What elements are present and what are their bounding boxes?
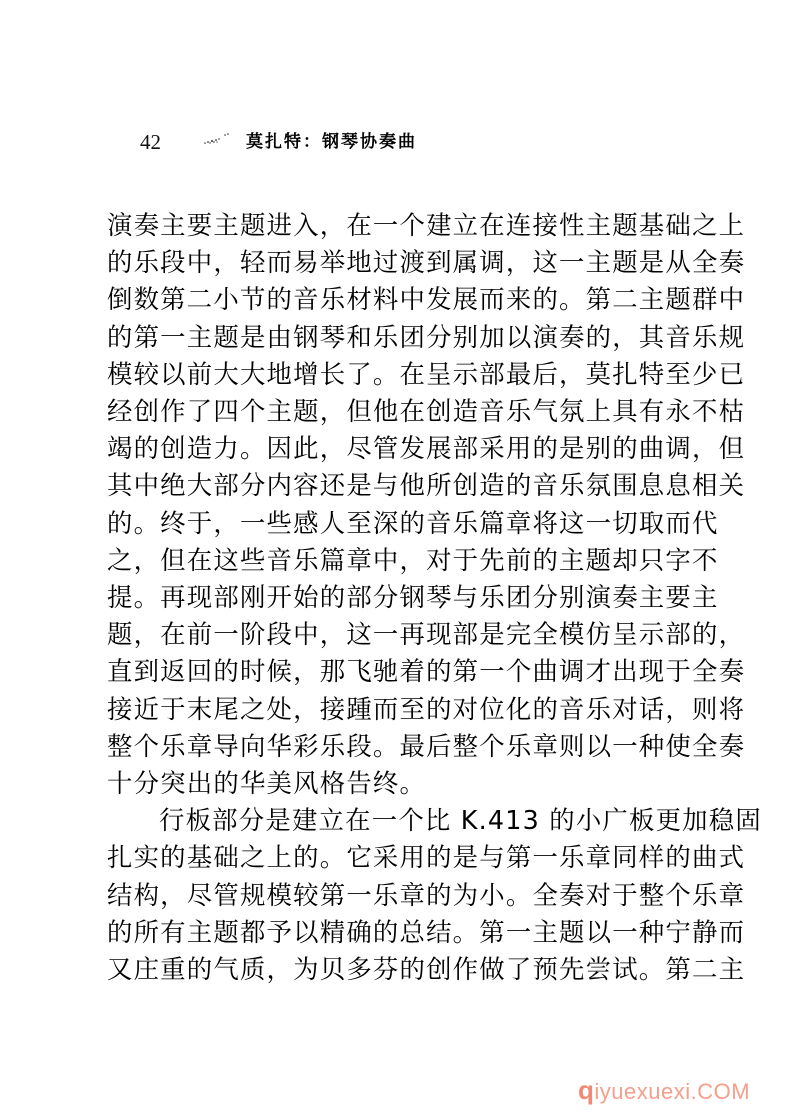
page-header: 42 莫扎特：钢琴协奏曲 (140, 128, 640, 158)
text-line: 直到返回的时候，那飞驰着的第一个曲调才出现于全奏 (107, 653, 667, 690)
watermark-logo: qiyuexuexi.COM (578, 1075, 750, 1106)
text-line: 演奏主要主题进入，在一个建立在连接性主题基础之上 (107, 207, 667, 244)
text-line: 扎实的基础之上的。它采用的是与第一乐章同样的曲式 (107, 839, 667, 876)
running-title: 莫扎特：钢琴协奏曲 (246, 129, 417, 155)
text-line: 的第一主题是由钢琴和乐团分别加以演奏的，其音乐规 (107, 319, 667, 356)
ornament-icon (202, 132, 230, 146)
text-line: 接近于末尾之处，接踵而至的对位化的音乐对话，则将 (107, 691, 667, 728)
text-line: 经创作了四个主题，但他在创造音乐气氛上具有永不枯 (107, 393, 667, 430)
text-line: 提。再现部刚开始的部分钢琴与乐团分别演奏主要主 (107, 579, 667, 616)
text-line: 倒数第二小节的音乐材料中发展而来的。第二主题群中 (107, 281, 667, 318)
text-line: 又庄重的气质，为贝多芬的创作做了预先尝试。第二主 (107, 951, 667, 988)
body-text: 演奏主要主题进入，在一个建立在连接性主题基础之上 的乐段中，轻而易举地过渡到属调… (107, 207, 667, 988)
page-number: 42 (140, 128, 161, 156)
text-line: 的所有主题都予以精确的总结。第一主题以一种宁静而 (107, 914, 667, 951)
text-line: 其中绝大部分内容还是与他所创造的音乐氛围息息相关 (107, 467, 667, 504)
text-line: 十分突出的华美风格告终。 (107, 765, 667, 802)
text-line: 之，但在这些音乐篇章中，对于先前的主题却只字不 (107, 542, 667, 579)
text-line: 竭的创造力。因此，尽管发展部采用的是别的曲调，但 (107, 430, 667, 467)
text-line: 的乐段中，轻而易举地过渡到属调，这一主题是从全奏 (107, 244, 667, 281)
text-line: 整个乐章导向华彩乐段。最后整个乐章则以一种使全奏 (107, 728, 667, 765)
watermark-text: iyuexuexi.COM (594, 1079, 750, 1104)
text-line: 的。终于，一些感人至深的音乐篇章将这一切取而代 (107, 505, 667, 542)
text-line: 结构，尽管规模较第一乐章的为小。全奏对于整个乐章 (107, 877, 667, 914)
paragraph-1: 演奏主要主题进入，在一个建立在连接性主题基础之上 的乐段中，轻而易举地过渡到属调… (107, 207, 667, 802)
watermark-prefix: q (578, 1075, 594, 1105)
text-line: 模较以前大大地增长了。在呈示部最后，莫扎特至少已 (107, 356, 667, 393)
paragraph-2: 行板部分是建立在一个比 K.413 的小广板更加稳固 扎实的基础之上的。它采用的… (107, 802, 667, 988)
text-line: 行板部分是建立在一个比 K.413 的小广板更加稳固 (107, 802, 667, 839)
text-line: 题，在前一阶段中，这一再现部是完全模仿呈示部的， (107, 616, 667, 653)
